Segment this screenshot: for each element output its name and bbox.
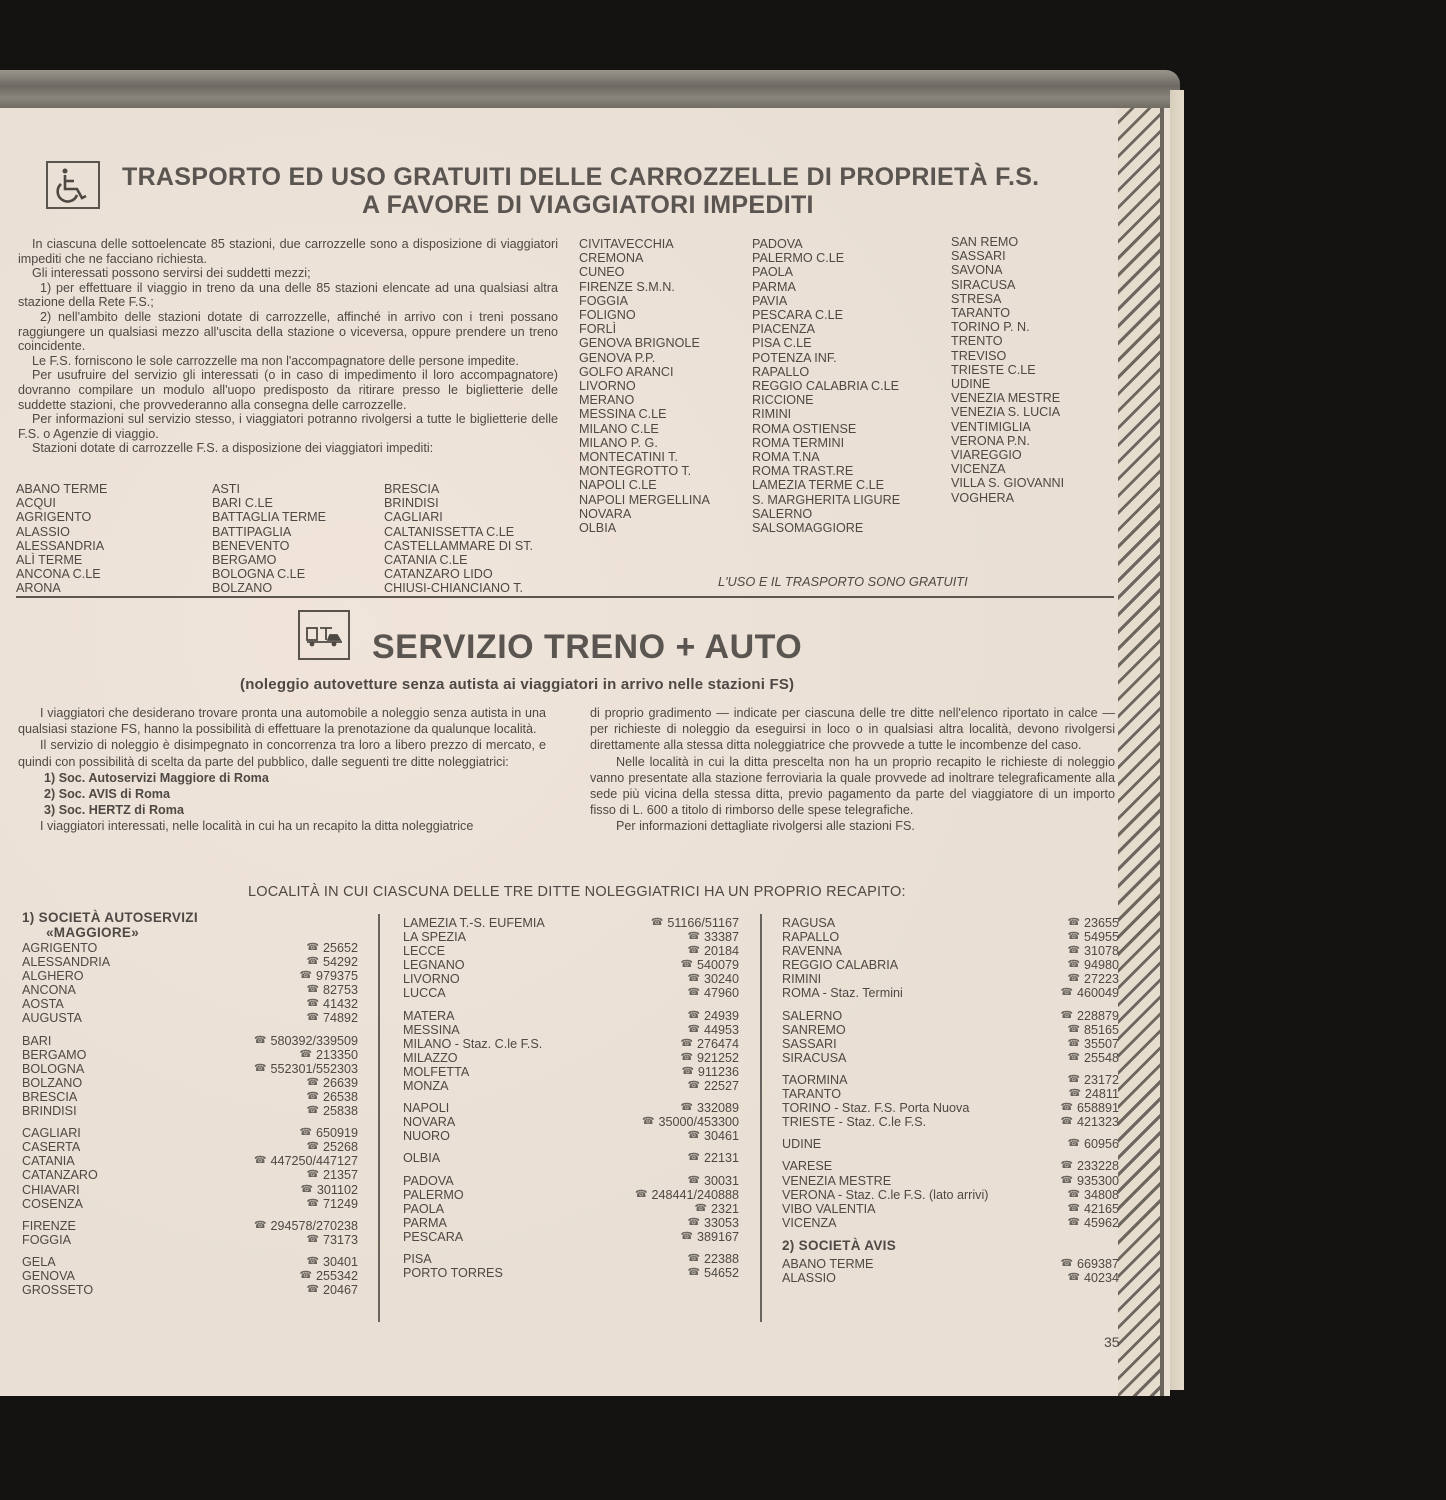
phone-number: 54292 xyxy=(323,955,358,969)
phone-number-cell: ☎540079 xyxy=(681,958,740,972)
station-list-col1: ABANO TERMEACQUIAGRIGENTOALASSIOALESSAND… xyxy=(16,482,107,596)
location-name: RAVENNA xyxy=(782,944,842,958)
phone-number: 2321 xyxy=(711,1202,739,1216)
phone-number-cell: ☎921252 xyxy=(681,1051,740,1065)
location-name: CASERTA xyxy=(22,1140,80,1154)
wheelchair-icon xyxy=(46,161,100,209)
station-name: BOLZANO xyxy=(212,581,326,595)
station-name: BARI C.LE xyxy=(212,496,326,510)
location-name: VICENZA xyxy=(782,1216,837,1230)
station-name: MONTECATINI T. xyxy=(579,450,710,464)
phone-number-cell: ☎34808 xyxy=(1068,1188,1120,1202)
phone-number-cell: ☎40234 xyxy=(1068,1271,1120,1285)
telephone-icon: ☎ xyxy=(681,1230,693,1244)
station-name: PISA C.LE xyxy=(752,336,900,350)
phone-number: 23172 xyxy=(1084,1073,1119,1087)
directory-row: TARANTO☎24811 xyxy=(782,1087,1119,1101)
phone-number-cell: ☎20184 xyxy=(688,944,740,958)
phone-number-cell: ☎213350 xyxy=(300,1048,359,1062)
directory-row: BERGAMO☎213350 xyxy=(22,1048,358,1062)
directory-row: VARESE☎233228 xyxy=(782,1159,1119,1173)
phone-number-cell: ☎552301/552303 xyxy=(254,1062,358,1076)
location-name: CATANIA xyxy=(22,1154,75,1168)
phone-number-cell: ☎301102 xyxy=(300,1183,358,1197)
phone-number: 580392/339509 xyxy=(270,1034,358,1048)
station-name: MONTEGROTTO T. xyxy=(579,464,710,478)
phone-number-cell: ☎276474 xyxy=(681,1037,740,1051)
phone-number-cell: ☎30401 xyxy=(307,1255,359,1269)
column-divider xyxy=(760,914,762,1322)
free-usage-note: L'USO E IL TRASPORTO SONO GRATUITI xyxy=(718,574,968,589)
telephone-icon: ☎ xyxy=(642,1115,654,1129)
phone-number: 94980 xyxy=(1084,958,1119,972)
book-page: TRASPORTO ED USO GRATUITI DELLE CARROZZE… xyxy=(0,108,1170,1396)
telephone-icon: ☎ xyxy=(681,1065,693,1079)
telephone-icon: ☎ xyxy=(1068,916,1080,930)
location-name: UDINE xyxy=(782,1137,821,1151)
phone-number: 979375 xyxy=(316,969,358,983)
location-name: AGRIGENTO xyxy=(22,941,97,955)
telephone-icon: ☎ xyxy=(1068,1271,1080,1285)
phone-number: 25548 xyxy=(1084,1051,1119,1065)
phone-number-cell: ☎71249 xyxy=(307,1197,359,1211)
phone-number: 35507 xyxy=(1084,1037,1119,1051)
section-divider xyxy=(16,596,1114,598)
directory-heading: LOCALITÀ IN CUI CIASCUNA DELLE TRE DITTE… xyxy=(248,884,906,900)
location-name: CAGLIARI xyxy=(22,1126,81,1140)
location-name: PISA xyxy=(403,1252,432,1266)
directory-row: ROMA - Staz. Termini☎460049 xyxy=(782,986,1119,1000)
directory-row: ANCONA☎82753 xyxy=(22,983,358,997)
telephone-icon: ☎ xyxy=(1068,944,1080,958)
phone-number-cell: ☎35507 xyxy=(1068,1037,1120,1051)
directory-row: CATANIA☎447250/447127 xyxy=(22,1154,358,1168)
location-name: TORINO - Staz. F.S. Porta Nuova xyxy=(782,1101,969,1115)
telephone-icon: ☎ xyxy=(300,1126,312,1140)
group-spacer xyxy=(403,1093,739,1101)
group-spacer xyxy=(403,1001,739,1009)
paragraph: Per informazioni dettagliate rivolgersi … xyxy=(590,818,1115,834)
section2-right-text: di proprio gradimento — indicate per cia… xyxy=(590,705,1115,835)
location-name: VERONA - Staz. C.le F.S. (lato arrivi) xyxy=(782,1188,988,1202)
station-name: SAVONA xyxy=(951,263,1064,277)
telephone-icon: ☎ xyxy=(688,930,700,944)
telephone-icon: ☎ xyxy=(1061,1101,1073,1115)
telephone-icon: ☎ xyxy=(1068,1087,1080,1101)
phone-number: 25652 xyxy=(323,941,358,955)
phone-number: 447250/447127 xyxy=(270,1154,358,1168)
paragraph: I viaggiatori che desiderano trovare pro… xyxy=(18,705,546,737)
station-name: TARANTO xyxy=(951,306,1064,320)
phone-number-cell: ☎911236 xyxy=(681,1065,739,1079)
directory-row: SANREMO☎85165 xyxy=(782,1023,1119,1037)
station-name: BATTAGLIA TERME xyxy=(212,510,326,524)
telephone-icon: ☎ xyxy=(1068,1216,1080,1230)
directory-row: MILANO - Staz. C.le F.S.☎276474 xyxy=(403,1037,739,1051)
phone-number-cell: ☎255342 xyxy=(300,1269,359,1283)
station-name: ROMA TRAST.RE xyxy=(752,464,900,478)
phone-number-cell: ☎27223 xyxy=(1068,972,1120,986)
station-name: VENTIMIGLIA xyxy=(951,420,1064,434)
location-name: CHIAVARI xyxy=(22,1183,80,1197)
directory-row: PADOVA☎30031 xyxy=(403,1174,739,1188)
location-name: PESCARA xyxy=(403,1230,463,1244)
telephone-icon: ☎ xyxy=(300,1048,312,1062)
location-name: ALESSANDRIA xyxy=(22,955,110,969)
station-name: FOGGIA xyxy=(579,294,710,308)
phone-number: 332089 xyxy=(697,1101,739,1115)
directory-row: UDINE☎60956 xyxy=(782,1137,1119,1151)
location-name: PAOLA xyxy=(403,1202,444,1216)
phone-number-cell: ☎580392/339509 xyxy=(254,1034,358,1048)
phone-number: 22388 xyxy=(704,1252,739,1266)
station-name: GENOVA P.P. xyxy=(579,351,710,365)
phone-number: 935300 xyxy=(1077,1174,1119,1188)
phone-number-cell: ☎23655 xyxy=(1068,916,1120,930)
maggiore-heading-name: «MAGGIORE» xyxy=(22,925,358,940)
directory-row: REGGIO CALABRIA☎94980 xyxy=(782,958,1119,972)
telephone-icon: ☎ xyxy=(1068,1073,1080,1087)
phone-number: 540079 xyxy=(697,958,739,972)
station-name: STRESA xyxy=(951,292,1064,306)
location-name: MONZA xyxy=(403,1079,448,1093)
station-name: VOGHERA xyxy=(951,491,1064,505)
location-name: TAORMINA xyxy=(782,1073,848,1087)
station-name: CASTELLAMMARE DI ST. xyxy=(384,539,533,553)
phone-number-cell: ☎73173 xyxy=(307,1233,359,1247)
location-name: ALASSIO xyxy=(782,1271,836,1285)
location-name: AOSTA xyxy=(22,997,64,1011)
directory-row: LIVORNO☎30240 xyxy=(403,972,739,986)
telephone-icon: ☎ xyxy=(254,1062,266,1076)
phone-number-cell: ☎94980 xyxy=(1068,958,1120,972)
station-name: SALERNO xyxy=(752,507,900,521)
station-name: CATANIA C.LE xyxy=(384,553,533,567)
telephone-icon: ☎ xyxy=(635,1188,647,1202)
station-name: PALERMO C.LE xyxy=(752,251,900,265)
phone-number: 228879 xyxy=(1077,1009,1119,1023)
station-name: BRINDISI xyxy=(384,496,533,510)
telephone-icon: ☎ xyxy=(307,1283,319,1297)
phone-number-cell: ☎45962 xyxy=(1068,1216,1120,1230)
phone-number-cell: ☎228879 xyxy=(1061,1009,1120,1023)
phone-number: 60956 xyxy=(1084,1137,1119,1151)
station-name: TRIESTE C.LE xyxy=(951,363,1064,377)
phone-number: 30401 xyxy=(323,1255,358,1269)
telephone-icon: ☎ xyxy=(1068,930,1080,944)
directory-maggiore-col3: RAGUSA☎23655RAPALLO☎54955RAVENNA☎31078RE… xyxy=(782,916,1119,1285)
phone-number-cell: ☎22388 xyxy=(688,1252,740,1266)
location-name: RAGUSA xyxy=(782,916,835,930)
station-name: LAMEZIA TERME C.LE xyxy=(752,478,900,492)
directory-row: LECCE☎20184 xyxy=(403,944,739,958)
location-name: PORTO TORRES xyxy=(403,1266,503,1280)
directory-row: MOLFETTA☎911236 xyxy=(403,1065,739,1079)
location-name: LA SPEZIA xyxy=(403,930,466,944)
telephone-icon: ☎ xyxy=(1061,986,1073,1000)
phone-number-cell: ☎54652 xyxy=(688,1266,740,1280)
directory-row: BOLZANO☎26639 xyxy=(22,1076,358,1090)
phone-number: 20184 xyxy=(704,944,739,958)
station-name: CALTANISSETTA C.LE xyxy=(384,525,533,539)
phone-number: 669387 xyxy=(1077,1257,1119,1271)
group-spacer xyxy=(782,1129,1119,1137)
station-name: ASTI xyxy=(212,482,326,496)
phone-number-cell: ☎935300 xyxy=(1061,1174,1120,1188)
directory-row: BRINDISI☎25838 xyxy=(22,1104,358,1118)
avis-heading: 2) SOCIETÀ AVIS xyxy=(782,1238,1119,1253)
telephone-icon: ☎ xyxy=(688,1216,700,1230)
station-name: ROMA TERMINI xyxy=(752,436,900,450)
directory-row: SALERNO☎228879 xyxy=(782,1009,1119,1023)
station-list-col5: PADOVAPALERMO C.LEPAOLAPARMAPAVIAPESCARA… xyxy=(752,237,900,535)
station-name: OLBIA xyxy=(579,521,710,535)
telephone-icon: ☎ xyxy=(651,916,663,930)
telephone-icon: ☎ xyxy=(681,1101,693,1115)
phone-number: 31078 xyxy=(1084,944,1119,958)
phone-number: 71249 xyxy=(323,1197,358,1211)
telephone-icon: ☎ xyxy=(688,944,700,958)
paragraph: 2) nell'ambito delle stazioni dotate di … xyxy=(18,310,558,354)
directory-maggiore-col2: LAMEZIA T.-S. EUFEMIA☎51166/51167LA SPEZ… xyxy=(403,916,739,1280)
location-name: RAPALLO xyxy=(782,930,839,944)
telephone-icon: ☎ xyxy=(688,1079,700,1093)
section2-title: SERVIZIO TRENO + AUTO xyxy=(372,628,802,667)
location-name: FIRENZE xyxy=(22,1219,76,1233)
location-name: BOLZANO xyxy=(22,1076,82,1090)
phone-number-cell: ☎294578/270238 xyxy=(254,1219,358,1233)
telephone-icon: ☎ xyxy=(1061,1159,1073,1173)
directory-row: COSENZA☎71249 xyxy=(22,1197,358,1211)
phone-number-cell: ☎42165 xyxy=(1068,1202,1120,1216)
location-name: VIBO VALENTIA xyxy=(782,1202,876,1216)
phone-number: 82753 xyxy=(323,983,358,997)
phone-number-cell: ☎25652 xyxy=(307,941,359,955)
directory-row: SASSARI☎35507 xyxy=(782,1037,1119,1051)
station-name: SASSARI xyxy=(951,249,1064,263)
telephone-icon: ☎ xyxy=(307,1233,319,1247)
directory-row: TRIESTE - Staz. C.le F.S.☎421323 xyxy=(782,1115,1119,1129)
station-name: ALASSIO xyxy=(16,525,107,539)
telephone-icon: ☎ xyxy=(688,1129,700,1143)
location-name: LECCE xyxy=(403,944,445,958)
telephone-icon: ☎ xyxy=(1068,1137,1080,1151)
directory-row: MONZA☎22527 xyxy=(403,1079,739,1093)
telephone-icon: ☎ xyxy=(1061,1009,1073,1023)
directory-row: ALESSANDRIA☎54292 xyxy=(22,955,358,969)
phone-number: 40234 xyxy=(1084,1271,1119,1285)
directory-row: PORTO TORRES☎54652 xyxy=(403,1266,739,1280)
telephone-icon: ☎ xyxy=(688,1023,700,1037)
phone-number: 650919 xyxy=(316,1126,358,1140)
paragraph: Le F.S. forniscono le sole carrozzelle m… xyxy=(18,354,558,369)
phone-number: 24939 xyxy=(704,1009,739,1023)
directory-row: MILAZZO☎921252 xyxy=(403,1051,739,1065)
telephone-icon: ☎ xyxy=(307,1011,319,1025)
location-name: NAPOLI xyxy=(403,1101,449,1115)
paragraph: Stazioni dotate di carrozzelle F.S. a di… xyxy=(18,441,558,456)
phone-number-cell: ☎20467 xyxy=(307,1283,359,1297)
telephone-icon: ☎ xyxy=(254,1154,266,1168)
phone-number: 27223 xyxy=(1084,972,1119,986)
group-spacer xyxy=(22,1026,358,1034)
telephone-icon: ☎ xyxy=(307,983,319,997)
station-name: TRENTO xyxy=(951,334,1064,348)
telephone-icon: ☎ xyxy=(688,1252,700,1266)
phone-number-cell: ☎47960 xyxy=(688,986,740,1000)
directory-row: BRESCIA☎26538 xyxy=(22,1090,358,1104)
phone-number: 276474 xyxy=(697,1037,739,1051)
location-name: CATANZARO xyxy=(22,1168,98,1182)
phone-number: 301102 xyxy=(317,1183,358,1197)
location-name: SASSARI xyxy=(782,1037,837,1051)
directory-row: TAORMINA☎23172 xyxy=(782,1073,1119,1087)
location-name: TRIESTE - Staz. C.le F.S. xyxy=(782,1115,926,1129)
telephone-icon: ☎ xyxy=(1068,1051,1080,1065)
telephone-icon: ☎ xyxy=(1061,1174,1073,1188)
phone-number-cell: ☎35000/453300 xyxy=(642,1115,739,1129)
telephone-icon: ☎ xyxy=(681,958,693,972)
group-spacer xyxy=(22,1118,358,1126)
phone-number-cell: ☎31078 xyxy=(1068,944,1120,958)
paragraph: Gli interessati possono servirsi dei sud… xyxy=(18,266,558,281)
directory-row: ABANO TERME☎669387 xyxy=(782,1257,1119,1271)
location-name: BRESCIA xyxy=(22,1090,77,1104)
telephone-icon: ☎ xyxy=(1068,1202,1080,1216)
location-name: VENEZIA MESTRE xyxy=(782,1174,891,1188)
directory-row: NAPOLI☎332089 xyxy=(403,1101,739,1115)
station-name: ACQUI xyxy=(16,496,107,510)
phone-number: 30031 xyxy=(704,1174,739,1188)
group-spacer xyxy=(403,1166,739,1174)
maggiore-heading: 1) SOCIETÀ AUTOSERVIZI xyxy=(22,910,358,925)
station-list-col6: SAN REMOSASSARISAVONASIRACUSASTRESATARAN… xyxy=(951,235,1064,505)
directory-row: MATERA☎24939 xyxy=(403,1009,739,1023)
phone-number-cell: ☎41432 xyxy=(307,997,359,1011)
paragraph: Per usufruire del servizio gli interessa… xyxy=(18,368,558,412)
location-name: PADOVA xyxy=(403,1174,454,1188)
station-name: CREMONA xyxy=(579,251,710,265)
station-name: BATTIPAGLIA xyxy=(212,525,326,539)
station-name: VICENZA xyxy=(951,462,1064,476)
phone-number: 921252 xyxy=(697,1051,739,1065)
train-car-icon xyxy=(298,610,350,660)
phone-number: 30461 xyxy=(704,1129,739,1143)
location-name: MILANO - Staz. C.le F.S. xyxy=(403,1037,542,1051)
directory-row: FIRENZE☎294578/270238 xyxy=(22,1219,358,1233)
station-name: GOLFO ARANCI xyxy=(579,365,710,379)
paragraph: Nelle località in cui la ditta prescelta… xyxy=(590,754,1115,819)
telephone-icon: ☎ xyxy=(307,1104,319,1118)
phone-number: 460049 xyxy=(1077,986,1119,1000)
directory-row: LEGNANO☎540079 xyxy=(403,958,739,972)
station-name: VERONA P.N. xyxy=(951,434,1064,448)
telephone-icon: ☎ xyxy=(300,969,312,983)
station-name: ARONA xyxy=(16,581,107,595)
directory-row: SIRACUSA☎25548 xyxy=(782,1051,1119,1065)
company-avis: 2) Soc. AVIS di Roma xyxy=(18,786,546,802)
phone-number-cell: ☎51166/51167 xyxy=(651,916,739,930)
directory-row: PARMA☎33053 xyxy=(403,1216,739,1230)
directory-row: RAVENNA☎31078 xyxy=(782,944,1119,958)
directory-row: GELA☎30401 xyxy=(22,1255,358,1269)
directory-row: AOSTA☎41432 xyxy=(22,997,358,1011)
phone-number-cell: ☎421323 xyxy=(1061,1115,1120,1129)
phone-number-cell: ☎21357 xyxy=(307,1168,359,1182)
location-name: RIMINI xyxy=(782,972,821,986)
group-spacer xyxy=(403,1143,739,1151)
directory-row: CHIAVARI☎301102 xyxy=(22,1183,358,1197)
phone-number: 41432 xyxy=(323,997,358,1011)
station-name: PIACENZA xyxy=(752,322,900,336)
station-name: VILLA S. GIOVANNI xyxy=(951,476,1064,490)
section1-intro: In ciascuna delle sottoelencate 85 stazi… xyxy=(18,237,558,456)
phone-number: 45962 xyxy=(1084,1216,1119,1230)
phone-number: 44953 xyxy=(704,1023,739,1037)
station-name: ROMA T.NA xyxy=(752,450,900,464)
phone-number: 54955 xyxy=(1084,930,1119,944)
phone-number-cell: ☎979375 xyxy=(300,969,359,983)
station-name: LIVORNO xyxy=(579,379,710,393)
station-name: RAPALLO xyxy=(752,365,900,379)
phone-number: 21357 xyxy=(323,1168,358,1182)
directory-row: RAPALLO☎54955 xyxy=(782,930,1119,944)
section2-subtitle: (noleggio autovetture senza autista ai v… xyxy=(240,676,794,693)
location-name: SIRACUSA xyxy=(782,1051,846,1065)
phone-number: 33387 xyxy=(704,930,739,944)
station-name: TREVISO xyxy=(951,349,1064,363)
location-name: TARANTO xyxy=(782,1087,841,1101)
station-name: RIMINI xyxy=(752,407,900,421)
location-name: COSENZA xyxy=(22,1197,83,1211)
station-name: CATANZARO LIDO xyxy=(384,567,533,581)
phone-number-cell: ☎30461 xyxy=(688,1129,740,1143)
directory-row: GENOVA☎255342 xyxy=(22,1269,358,1283)
phone-number-cell: ☎44953 xyxy=(688,1023,740,1037)
page-number: 35 xyxy=(1104,1334,1120,1350)
station-name: ALESSANDRIA xyxy=(16,539,107,553)
location-name: FOGGIA xyxy=(22,1233,71,1247)
station-name: POTENZA INF. xyxy=(752,351,900,365)
location-name: ANCONA xyxy=(22,983,76,997)
phone-number: 23655 xyxy=(1084,916,1119,930)
directory-row: RAGUSA☎23655 xyxy=(782,916,1119,930)
station-name: VENEZIA MESTRE xyxy=(951,391,1064,405)
station-name: SAN REMO xyxy=(951,235,1064,249)
paragraph: I viaggiatori interessati, nelle localit… xyxy=(18,818,546,834)
phone-number: 213350 xyxy=(316,1048,358,1062)
phone-number: 233228 xyxy=(1077,1159,1119,1173)
station-name: BOLOGNA C.LE xyxy=(212,567,326,581)
station-name: ALÌ TERME xyxy=(16,553,107,567)
group-spacer xyxy=(22,1211,358,1219)
station-name: CAGLIARI xyxy=(384,510,533,524)
paragraph: Per informazioni sul servizio stesso, i … xyxy=(18,412,558,441)
telephone-icon: ☎ xyxy=(307,1076,319,1090)
directory-row: PESCARA☎389167 xyxy=(403,1230,739,1244)
phone-number: 35000/453300 xyxy=(658,1115,739,1129)
station-name: UDINE xyxy=(951,377,1064,391)
station-name: CIVITAVECCHIA xyxy=(579,237,710,251)
section1-title-line1: TRASPORTO ED USO GRATUITI DELLE CARROZZE… xyxy=(122,163,1039,191)
group-spacer xyxy=(782,1151,1119,1159)
station-name: SALSOMAGGIORE xyxy=(752,521,900,535)
phone-number: 26538 xyxy=(323,1090,358,1104)
telephone-icon: ☎ xyxy=(307,997,319,1011)
station-name: BRESCIA xyxy=(384,482,533,496)
directory-row: LA SPEZIA☎33387 xyxy=(403,930,739,944)
directory-row: ALASSIO☎40234 xyxy=(782,1271,1119,1285)
